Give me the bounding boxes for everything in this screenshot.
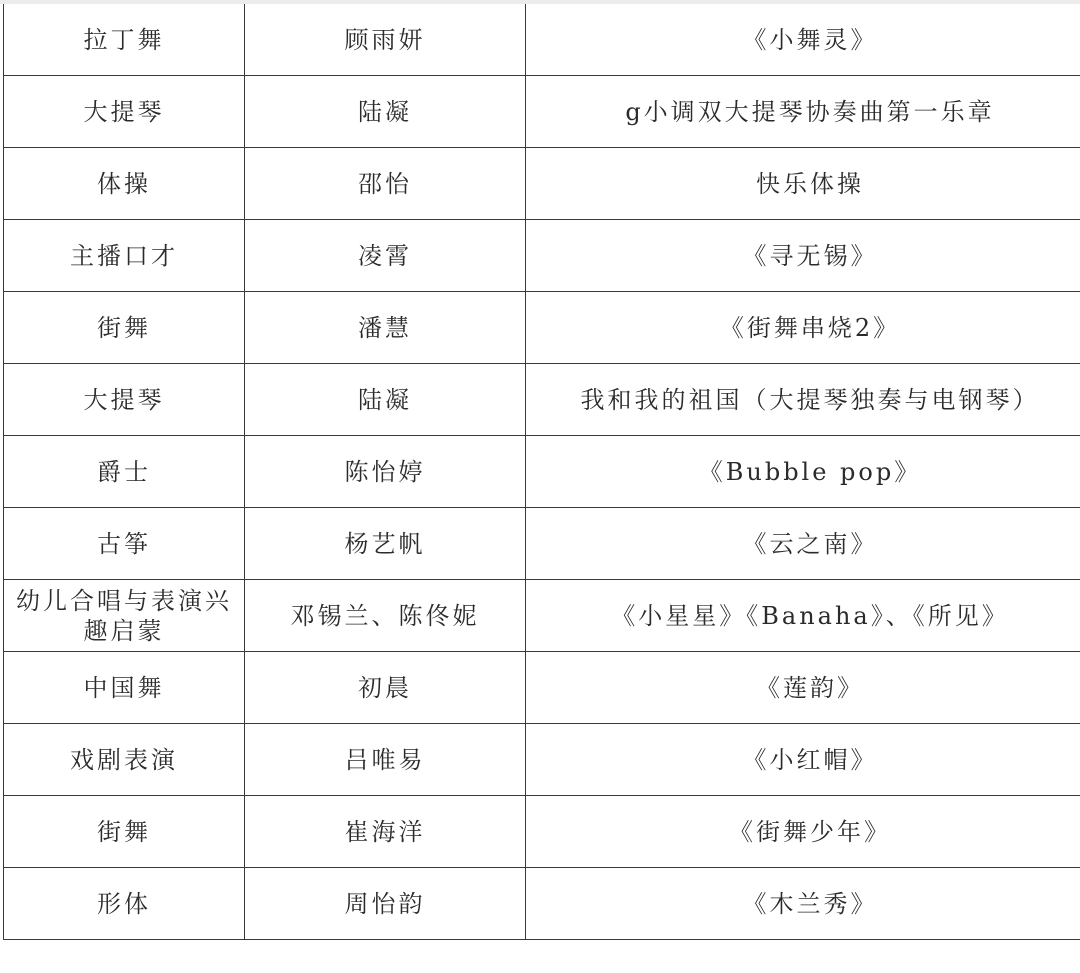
table-row: 街舞潘慧《街舞串烧2》 <box>4 292 1080 364</box>
performer-cell: 潘慧 <box>245 292 526 364</box>
table-row: 爵士陈怡婷《Bubble pop》 <box>4 436 1080 508</box>
category-cell: 街舞 <box>4 292 245 364</box>
piece-cell: 《街舞少年》 <box>526 796 1080 868</box>
program-table: 拉丁舞顾雨妍《小舞灵》大提琴陆凝g小调双大提琴协奏曲第一乐章体操邵怡快乐体操主播… <box>3 4 1080 940</box>
piece-cell: 《小星星》《Banaha》、《所见》 <box>526 580 1080 652</box>
category-cell: 大提琴 <box>4 364 245 436</box>
piece-cell: 《寻无锡》 <box>526 220 1080 292</box>
table-row: 街舞崔海洋《街舞少年》 <box>4 796 1080 868</box>
category-cell: 中国舞 <box>4 652 245 724</box>
category-cell: 爵士 <box>4 436 245 508</box>
category-cell: 幼儿合唱与表演兴趣启蒙 <box>4 580 245 652</box>
category-cell: 体操 <box>4 148 245 220</box>
table-row: 形体周怡韵《木兰秀》 <box>4 868 1080 940</box>
performer-cell: 初晨 <box>245 652 526 724</box>
performer-cell: 顾雨妍 <box>245 4 526 76</box>
category-cell: 形体 <box>4 868 245 940</box>
table-row: 拉丁舞顾雨妍《小舞灵》 <box>4 4 1080 76</box>
performer-cell: 杨艺帆 <box>245 508 526 580</box>
table-row: 大提琴陆凝我和我的祖国（大提琴独奏与电钢琴） <box>4 364 1080 436</box>
piece-cell: 《木兰秀》 <box>526 868 1080 940</box>
piece-cell: 《Bubble pop》 <box>526 436 1080 508</box>
performer-cell: 邵怡 <box>245 148 526 220</box>
performer-cell: 陆凝 <box>245 76 526 148</box>
table-row: 主播口才凌霄《寻无锡》 <box>4 220 1080 292</box>
table-row: 古筝杨艺帆《云之南》 <box>4 508 1080 580</box>
piece-cell: 《莲韵》 <box>526 652 1080 724</box>
category-cell: 古筝 <box>4 508 245 580</box>
table-row: 中国舞初晨《莲韵》 <box>4 652 1080 724</box>
piece-cell: 《云之南》 <box>526 508 1080 580</box>
performer-cell: 凌霄 <box>245 220 526 292</box>
piece-cell: 我和我的祖国（大提琴独奏与电钢琴） <box>526 364 1080 436</box>
program-table-body: 拉丁舞顾雨妍《小舞灵》大提琴陆凝g小调双大提琴协奏曲第一乐章体操邵怡快乐体操主播… <box>4 4 1080 940</box>
table-row: 幼儿合唱与表演兴趣启蒙邓锡兰、陈佟妮《小星星》《Banaha》、《所见》 <box>4 580 1080 652</box>
piece-cell: g小调双大提琴协奏曲第一乐章 <box>526 76 1080 148</box>
category-cell: 大提琴 <box>4 76 245 148</box>
category-cell: 戏剧表演 <box>4 724 245 796</box>
piece-cell: 《小红帽》 <box>526 724 1080 796</box>
piece-cell: 《街舞串烧2》 <box>526 292 1080 364</box>
category-cell: 主播口才 <box>4 220 245 292</box>
performer-cell: 吕唯易 <box>245 724 526 796</box>
performer-cell: 陆凝 <box>245 364 526 436</box>
table-row: 大提琴陆凝g小调双大提琴协奏曲第一乐章 <box>4 76 1080 148</box>
performer-cell: 陈怡婷 <box>245 436 526 508</box>
piece-cell: 快乐体操 <box>526 148 1080 220</box>
table-row: 戏剧表演吕唯易《小红帽》 <box>4 724 1080 796</box>
performer-cell: 周怡韵 <box>245 868 526 940</box>
table-row: 体操邵怡快乐体操 <box>4 148 1080 220</box>
piece-cell: 《小舞灵》 <box>526 4 1080 76</box>
performer-cell: 邓锡兰、陈佟妮 <box>245 580 526 652</box>
category-cell: 拉丁舞 <box>4 4 245 76</box>
category-cell: 街舞 <box>4 796 245 868</box>
performer-cell: 崔海洋 <box>245 796 526 868</box>
